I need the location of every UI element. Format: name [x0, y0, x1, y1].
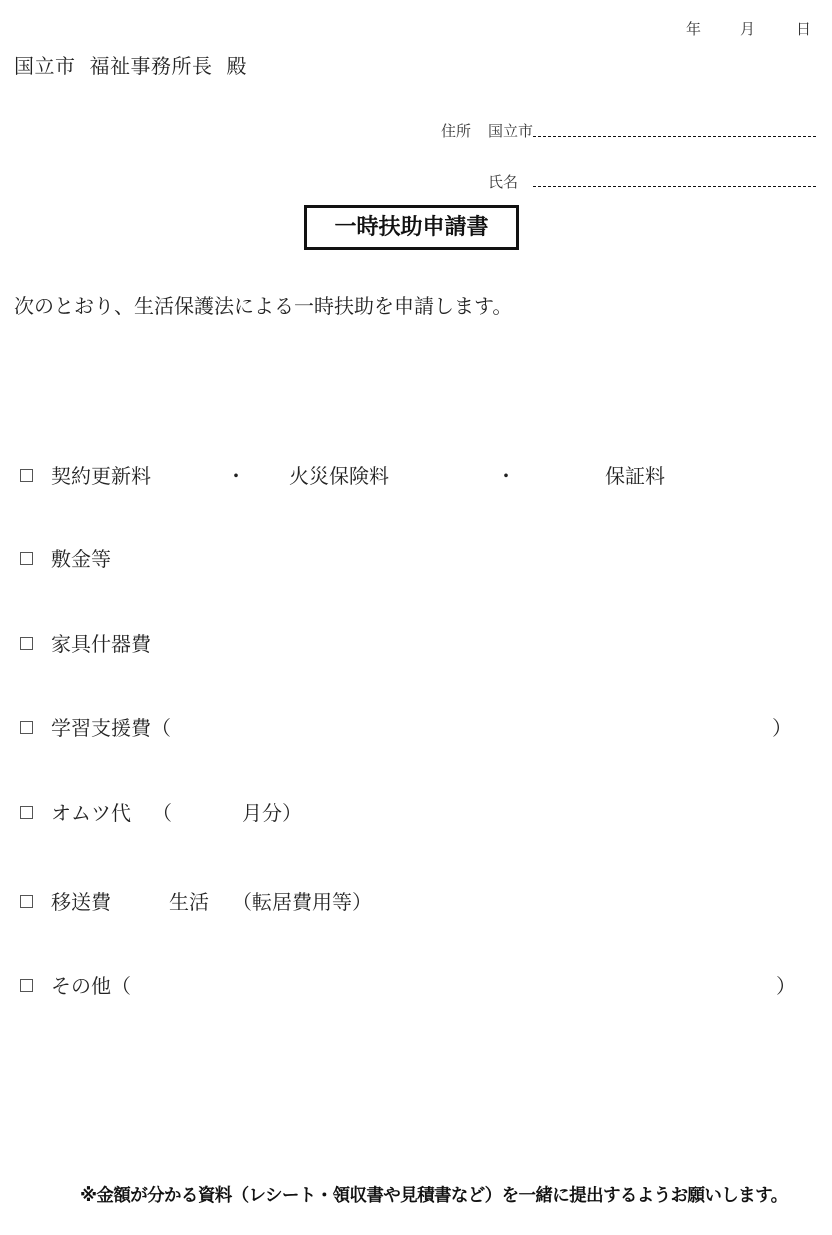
diaper-months-input[interactable]	[175, 797, 240, 821]
item-label: 家具什器費	[51, 632, 151, 656]
form-title: 一時扶助申請書	[304, 205, 519, 250]
address-label: 住所	[441, 120, 471, 141]
list-item-contract-fees: 契約更新料 ・ 火災保険料 ・ 保証料	[20, 460, 820, 489]
addressee-city: 国立市	[14, 54, 76, 78]
list-item-transport: 移送費 生活 （転居費用等）	[20, 886, 820, 915]
checkbox-diapers[interactable]	[20, 806, 33, 819]
address-input-line[interactable]	[533, 136, 816, 137]
item-label: 敷金等	[51, 547, 111, 571]
item-label-guarantee: 保証料	[605, 460, 665, 489]
list-item-diapers: オムツ代 （ 月分）	[20, 797, 820, 826]
list-item-other: その他（ ）	[20, 970, 820, 999]
item-label: 学習支援費（	[51, 716, 171, 740]
close-paren: ）	[776, 970, 796, 999]
transport-sub-moving: （転居費用等）	[232, 886, 372, 915]
other-input[interactable]	[132, 970, 777, 994]
list-item-study-support: 学習支援費（ ）	[20, 712, 820, 741]
list-item-deposit: 敷金等	[20, 543, 111, 572]
name-input-line[interactable]	[533, 186, 816, 187]
checkbox-furniture[interactable]	[20, 637, 33, 650]
separator-dot: ・	[226, 460, 246, 489]
item-label-fire-insurance: 火災保険料	[289, 460, 389, 489]
day-label: 日	[796, 18, 811, 39]
checkbox-contract-renewal[interactable]	[20, 469, 33, 482]
intro-text: 次のとおり、生活保護法による一時扶助を申請します。	[14, 290, 512, 319]
transport-sub-living: 生活	[169, 886, 209, 915]
months-suffix: 月分）	[242, 797, 302, 826]
checkbox-deposit[interactable]	[20, 552, 33, 565]
checkbox-other[interactable]	[20, 979, 33, 992]
item-label: 移送費	[51, 890, 111, 914]
list-item-furniture: 家具什器費	[20, 628, 151, 657]
addressee-office: 福祉事務所長	[90, 54, 213, 78]
addressee-honorific: 殿	[227, 54, 248, 78]
separator-dot: ・	[496, 460, 516, 489]
item-label: オムツ代	[51, 801, 131, 825]
item-label: その他（	[51, 974, 131, 998]
address-prefix: 国立市	[488, 120, 533, 141]
month-label: 月	[740, 18, 755, 39]
year-label: 年	[686, 18, 701, 39]
footer-note: ※金額が分かる資料（レシート・領収書や見積書など）を一緒に提出するようお願いしま…	[80, 1182, 787, 1207]
name-label: 氏名	[488, 171, 518, 192]
study-support-input[interactable]	[185, 712, 775, 736]
checkbox-study-support[interactable]	[20, 721, 33, 734]
addressee: 国立市福祉事務所長殿	[14, 50, 247, 79]
checkbox-transport[interactable]	[20, 895, 33, 908]
open-paren: （	[152, 797, 172, 826]
item-label: 契約更新料	[51, 464, 151, 488]
close-paren: ）	[772, 712, 792, 741]
